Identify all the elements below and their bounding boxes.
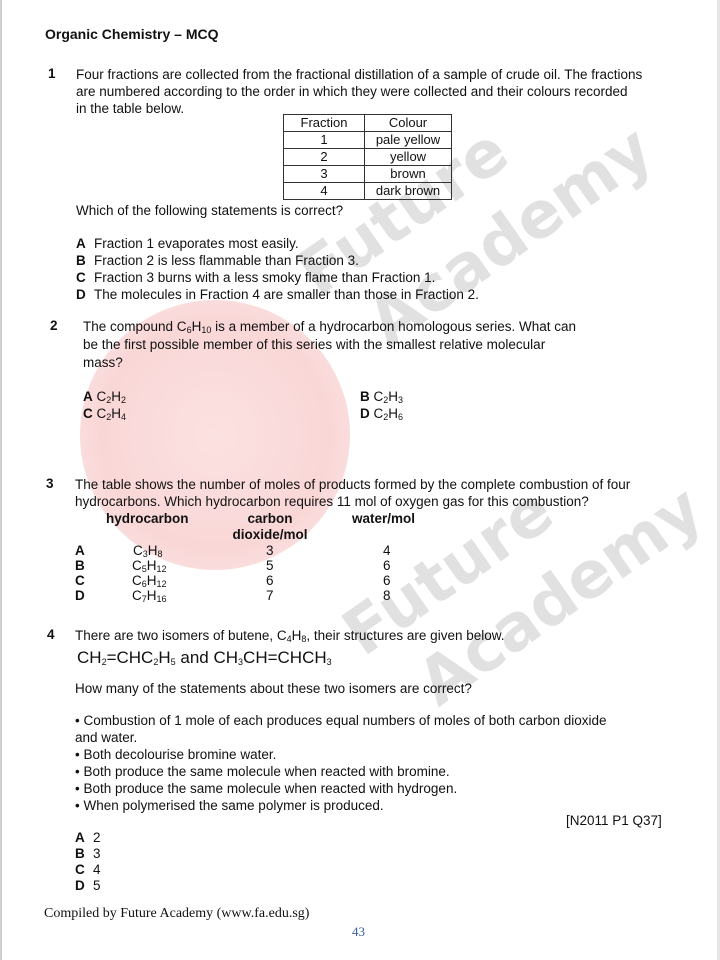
table-cell: 4	[284, 183, 365, 200]
page-left-edge	[0, 0, 2, 960]
q1-option-c[interactable]: CFraction 3 burns with a less smoky flam…	[76, 269, 479, 286]
q4-number: 4	[47, 627, 55, 642]
q3-header-hydrocarbon: hydrocarbon	[106, 511, 189, 526]
footer-credit: Compiled by Future Academy (www.fa.edu.s…	[44, 906, 309, 922]
table-cell: pale yellow	[365, 132, 452, 149]
option-text: 5	[93, 878, 101, 893]
subscript: 6	[398, 412, 403, 422]
subscript: 2	[383, 412, 388, 422]
option-letter: D	[75, 588, 85, 603]
q4-stem-text: , their structures are given below.	[306, 628, 504, 643]
q3-header-co2: carbon dioxide/mol	[230, 511, 310, 543]
q4-isomer-structures: CH2=CHC2H5 and CH3CH=CHCH3	[77, 648, 332, 668]
q3-co2-value: 3	[266, 543, 274, 558]
table-cell: yellow	[365, 149, 452, 166]
q3-formula: C5H12	[132, 558, 167, 573]
table-cell: dark brown	[365, 183, 452, 200]
q2-option-a[interactable]: A C2H2	[83, 388, 126, 405]
q3-formula: C3H8	[133, 543, 163, 558]
table-header: Colour	[365, 115, 452, 132]
eq-text: H	[158, 648, 170, 667]
option-text: 4	[93, 862, 101, 877]
option-letter: B	[75, 846, 93, 862]
q4-option-a[interactable]: A2	[75, 830, 101, 846]
q3-formula: C6H12	[132, 573, 167, 588]
q2-options-left: A C2H2 C C2H4	[83, 388, 126, 422]
option-letter: D	[360, 406, 370, 421]
option-letter: C	[75, 862, 93, 878]
q3-stem: The table shows the number of moles of p…	[75, 476, 695, 510]
q4-option-b[interactable]: B3	[75, 846, 101, 862]
q4-option-d[interactable]: D5	[75, 878, 101, 894]
option-letter: B	[76, 252, 94, 269]
statement-item: • Both decolourise bromine water.	[75, 746, 685, 763]
q1-number: 1	[48, 66, 56, 81]
subscript: 4	[121, 412, 126, 422]
q4-stem-text: There are two isomers of butene, C	[75, 628, 287, 643]
eq-text: CH	[77, 648, 102, 667]
option-letter: A	[75, 830, 93, 846]
q3-stem-line: hydrocarbons. Which hydrocarbon requires…	[75, 493, 695, 510]
q4-options: A2 B3 C4 D5	[75, 830, 101, 894]
table-header-row: Fraction Colour	[284, 115, 452, 132]
q2-stem-line: be the first possible member of this ser…	[83, 336, 663, 354]
statement-item: • Both produce the same molecule when re…	[75, 780, 685, 797]
q2-stem-text: is a member of a hydrocarbon homologous …	[211, 319, 576, 334]
q1-stem: Four fractions are collected from the fr…	[76, 66, 686, 117]
table-row: 3brown	[284, 166, 452, 183]
option-text: Fraction 1 evaporates most easily.	[94, 236, 299, 251]
q3-water-value: 4	[383, 543, 391, 558]
subscript: 2	[383, 395, 388, 405]
page-title: Organic Chemistry – MCQ	[45, 26, 219, 42]
table-row: 4dark brown	[284, 183, 452, 200]
table-cell: 3	[284, 166, 365, 183]
q3-header-co2-line: carbon	[230, 511, 310, 527]
q3-water-value: 6	[383, 573, 391, 588]
q2-stem-text: H	[192, 319, 202, 334]
option-text: 3	[93, 846, 101, 861]
q1-stem-line: Four fractions are collected from the fr…	[76, 66, 686, 83]
subscript: 10	[201, 325, 211, 335]
subscript: 3	[327, 657, 332, 667]
subscript: 7	[142, 594, 147, 604]
table-row: 2yellow	[284, 149, 452, 166]
eq-text: =CHC	[107, 648, 154, 667]
eq-text: and CH	[176, 648, 238, 667]
option-letter: B	[75, 558, 85, 573]
subscript: 2	[106, 395, 111, 405]
q3-stem-line: The table shows the number of moles of p…	[75, 476, 695, 493]
q1-option-b[interactable]: BFraction 2 is less flammable than Fract…	[76, 252, 479, 269]
q2-stem-text: The compound C	[83, 319, 187, 334]
table-cell: 2	[284, 149, 365, 166]
option-letter: D	[76, 286, 94, 303]
statement-item: • Combustion of 1 mole of each produces …	[75, 712, 685, 729]
q3-header-co2-line: dioxide/mol	[230, 527, 310, 543]
q3-number: 3	[46, 476, 54, 491]
q2-option-c[interactable]: C C2H4	[83, 405, 126, 422]
option-text: 2	[93, 830, 101, 845]
subscript: 3	[398, 395, 403, 405]
q1-stem-line: are numbered according to the order in w…	[76, 83, 686, 100]
q1-options: AFraction 1 evaporates most easily. BFra…	[76, 235, 479, 303]
q2-stem-line: mass?	[83, 354, 663, 372]
table-cell: 1	[284, 132, 365, 149]
option-letter: B	[360, 389, 370, 404]
q4-stem-text: H	[292, 628, 302, 643]
q2-option-d[interactable]: D C2H6	[360, 405, 403, 422]
q2-stem-line: The compound C6H10 is a member of a hydr…	[83, 318, 663, 336]
q2-number: 2	[50, 318, 58, 333]
q1-fraction-table: Fraction Colour 1pale yellow 2yellow 3br…	[283, 114, 452, 200]
option-letter: C	[76, 269, 94, 286]
q1-question: Which of the following statements is cor…	[76, 202, 343, 219]
q2-stem: The compound C6H10 is a member of a hydr…	[83, 318, 663, 372]
q4-question: How many of the statements about these t…	[75, 680, 472, 697]
subscript: 2	[106, 412, 111, 422]
q2-option-b[interactable]: B C2H3	[360, 388, 403, 405]
statement-item: • Both produce the same molecule when re…	[75, 763, 685, 780]
option-letter: D	[75, 878, 93, 894]
q4-source-reference: [N2011 P1 Q37]	[566, 812, 662, 829]
option-text: The molecules in Fraction 4 are smaller …	[94, 287, 479, 302]
option-text: Fraction 3 burns with a less smoky flame…	[94, 270, 435, 285]
q1-option-d[interactable]: DThe molecules in Fraction 4 are smaller…	[76, 286, 479, 303]
q3-water-value: 6	[383, 558, 391, 573]
eq-text: CH=CHCH	[243, 648, 327, 667]
option-letter: C	[75, 573, 85, 588]
option-letter: A	[83, 389, 93, 404]
q2-options-right: B C2H3 D C2H6	[360, 388, 403, 422]
subscript: 16	[157, 594, 167, 604]
q3-header-water: water/mol	[352, 511, 415, 526]
q3-co2-value: 5	[266, 558, 274, 573]
page-number: 43	[352, 924, 365, 940]
q3-co2-value: 7	[266, 588, 274, 603]
q1-option-a[interactable]: AFraction 1 evaporates most easily.	[76, 235, 479, 252]
option-letter: C	[83, 406, 93, 421]
subscript: 2	[121, 395, 126, 405]
q4-option-c[interactable]: C4	[75, 862, 101, 878]
option-text: Fraction 2 is less flammable than Fracti…	[94, 253, 359, 268]
table-row: 1pale yellow	[284, 132, 452, 149]
q4-statements: • Combustion of 1 mole of each produces …	[75, 712, 685, 814]
statement-item: and water.	[75, 729, 685, 746]
q3-water-value: 8	[383, 588, 391, 603]
option-letter: A	[76, 235, 94, 252]
table-cell: brown	[365, 166, 452, 183]
q4-stem: There are two isomers of butene, C4H8, t…	[75, 627, 505, 644]
q3-formula: C7H16	[132, 588, 167, 603]
table-header: Fraction	[284, 115, 365, 132]
option-letter: A	[75, 543, 85, 558]
q3-co2-value: 6	[266, 573, 274, 588]
